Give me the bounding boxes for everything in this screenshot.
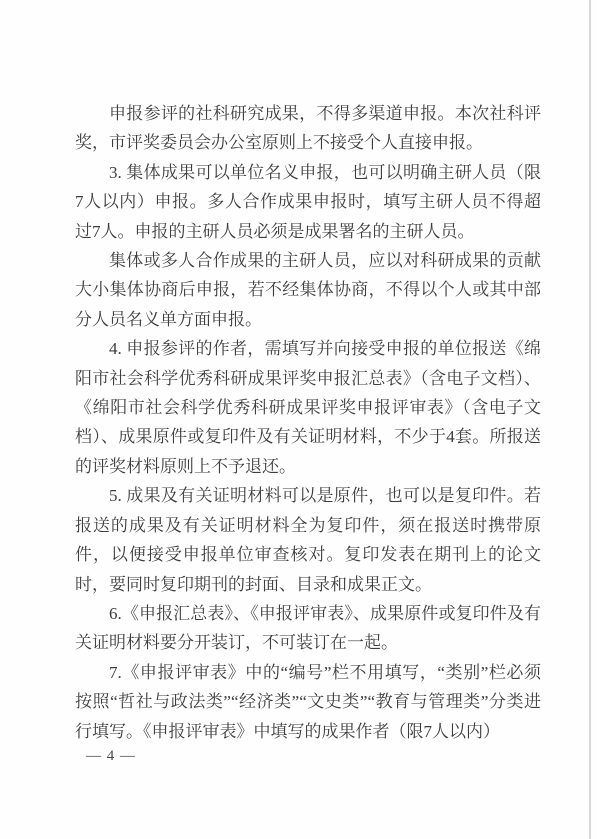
paragraph: 申报参评的社科研究成果，不得多渠道申报。本次社科评奖，市评奖委员会办公室原则上不… — [75, 99, 541, 158]
paragraph: 集体或多人合作成果的主研人员，应以对科研成果的贡献大小集体协商后申报，若不经集体… — [75, 246, 541, 334]
paragraph: 3. 集体成果可以单位名义申报，也可以明确主研人员（限7人以内）申报。多人合作成… — [75, 158, 541, 246]
paragraph: 6.《申报汇总表》、《申报评审表》、成果原件或复印件及有关证明材料要分开装订，不… — [75, 599, 541, 658]
paragraph: 4. 申报参评的作者，需填写并向接受申报的单位报送《绵阳市社会科学优秀科研成果评… — [75, 334, 541, 481]
page-number: — 4 — — [86, 748, 136, 765]
document-page: 申报参评的社科研究成果，不得多渠道申报。本次社科评奖，市评奖委员会办公室原则上不… — [0, 0, 597, 839]
document-body: 申报参评的社科研究成果，不得多渠道申报。本次社科评奖，市评奖委员会办公室原则上不… — [75, 99, 541, 746]
scan-edge-line — [589, 0, 591, 839]
paragraph: 7.《申报评审表》中的“编号”栏不用填写，“类别”栏必须按照“哲社与政法类”“经… — [75, 658, 541, 746]
paragraph: 5. 成果及有关证明材料可以是原件，也可以是复印件。若报送的成果及有关证明材料全… — [75, 481, 541, 599]
